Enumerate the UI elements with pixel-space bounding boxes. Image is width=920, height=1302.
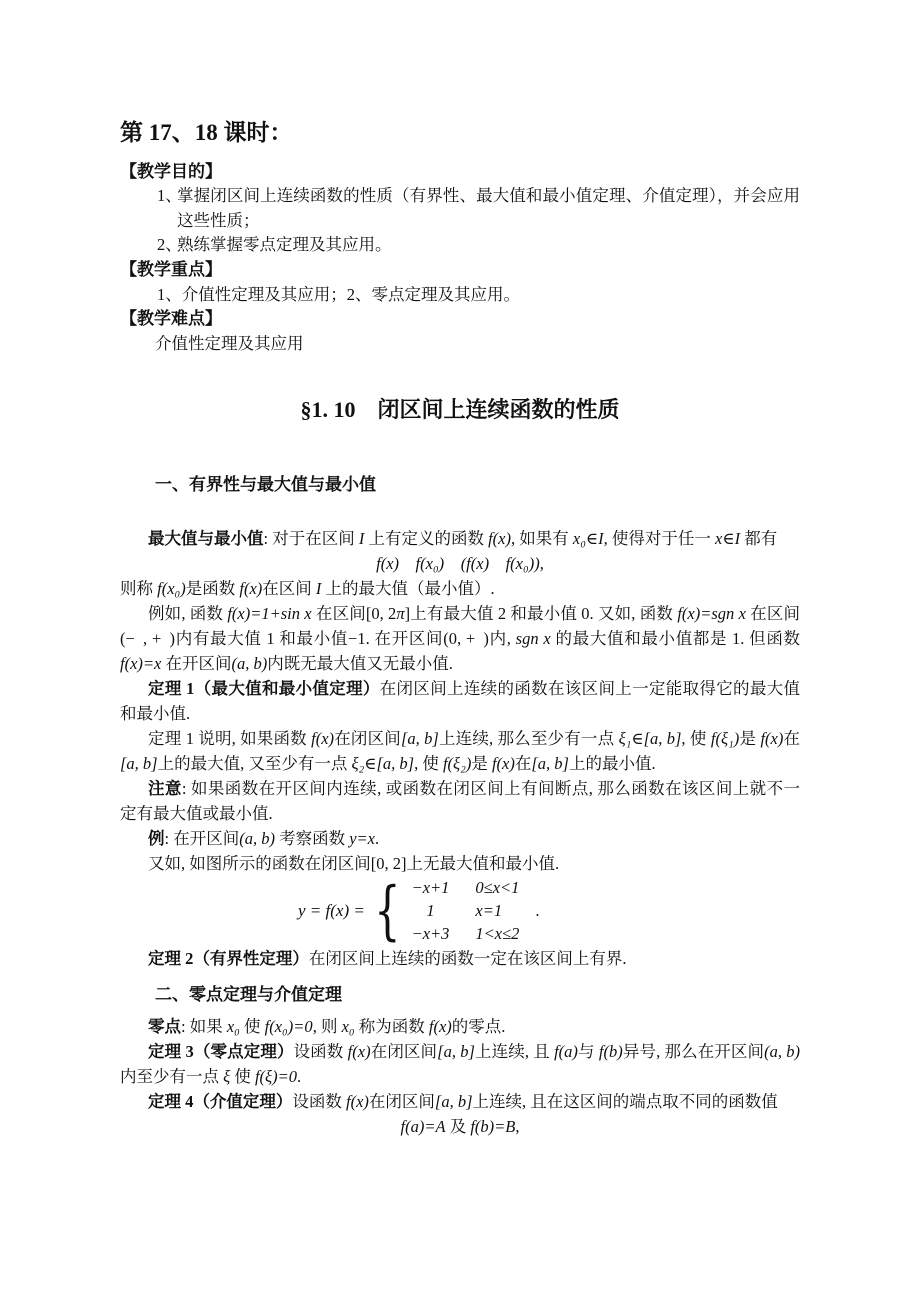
text-run: 上的最大值, 又至少有一点 xyxy=(158,754,352,773)
text-run: f(ξ)=0 xyxy=(255,1067,297,1086)
text-run: , 使得对于任一 xyxy=(604,529,715,548)
para-theorem-1-note: 定理 1 说明, 如果函数 f(x)在闭区间[a, b]上连续, 那么至少有一点… xyxy=(120,726,800,776)
goal-item-text: 熟练掌握零点定理及其应用。 xyxy=(177,235,392,254)
text-run: 是 xyxy=(739,729,760,748)
text-run: f(x₀)) xyxy=(506,554,540,573)
text-run: 例 xyxy=(148,829,165,848)
text-run: 上连续, 且 xyxy=(475,1042,554,1061)
text-run: x₀∈I xyxy=(573,529,604,548)
text-run: 上连续, 那么至少有一点 xyxy=(439,729,619,748)
para-theorem-1: 定理 1（最大值和最小值定理）在闭区间上连续的函数在该区间上一定能取得它的最大值… xyxy=(120,676,800,726)
text-run: [a, b] xyxy=(531,754,569,773)
formula-endpoints: f(a)=A 及 f(b)=B, xyxy=(120,1114,800,1139)
piecewise-cases: −x+1 0≤x<1 1 x=1 −x+3 1<x≤2 xyxy=(412,876,520,945)
text-run: : 在开区间 xyxy=(165,829,240,848)
text-run: . xyxy=(375,829,379,848)
text-run: 上的最小值. xyxy=(569,754,656,773)
text-run: f(x)=sgn x xyxy=(677,604,746,623)
text-run: x₀ xyxy=(227,1017,240,1036)
text-run: 又如, 如图所示的函数在闭区间[0, 2]上无最大值和最小值. xyxy=(148,854,559,873)
text-run: 在闭区间 xyxy=(334,729,401,748)
text-run: , 则 xyxy=(313,1017,342,1036)
case-expression: −x+3 xyxy=(412,922,450,945)
text-run: f(b) xyxy=(599,1042,623,1061)
teaching-difficulty-text: 介值性定理及其应用 xyxy=(120,331,800,356)
teaching-difficulty-label: 【教学难点】 xyxy=(120,307,800,331)
text-run: f(a)=A xyxy=(401,1117,446,1136)
text-run: f(x) xyxy=(492,754,515,773)
text-run: 与 xyxy=(578,1042,599,1061)
text-run: 在 xyxy=(515,754,532,773)
text-run: 在区间 xyxy=(262,579,316,598)
para-youru: 又如, 如图所示的函数在闭区间[0, 2]上无最大值和最小值. xyxy=(120,851,800,876)
para-zecheng: 则称 f(x₀)是函数 f(x)在区间 I 上的最大值（最小值）. xyxy=(120,576,800,601)
text-run: 是函数 xyxy=(186,579,240,598)
text-run: 内至少有一点 xyxy=(120,1067,223,1086)
case-condition: 1<x≤2 xyxy=(475,922,519,945)
list-number: 1、 xyxy=(157,184,182,209)
text-run: 在开区间 xyxy=(161,654,231,673)
text-run: ξ₂∈[a, b] xyxy=(351,754,414,773)
text-run: x₀ xyxy=(342,1017,355,1036)
text-run: 异号, 那么在开区间 xyxy=(623,1042,764,1061)
document-page: 第 17、18 课时： 【教学目的】 1、 掌握闭区间上连续函数的性质（有界性、… xyxy=(0,0,920,1302)
text-run xyxy=(399,554,416,573)
text-run: f(x)=1+sin x xyxy=(227,604,311,623)
goal-item-2: 2、 熟练掌握零点定理及其应用。 xyxy=(120,233,800,258)
text-run: sgn x xyxy=(516,629,551,648)
text-run: f(x) xyxy=(311,729,334,748)
text-run: f(x) xyxy=(239,579,262,598)
para-example-open-interval: 例: 在开区间(a, b) 考察函数 y=x. xyxy=(120,826,800,851)
text-run: f(ξ₁) xyxy=(711,729,739,748)
para-theorem-4: 定理 4（介值定理）设函数 f(x)在闭区间[a, b]上连续, 且在这区间的端… xyxy=(120,1089,800,1114)
text-run: : 如果函数在开区间内连续, 或函数在闭区间上有间断点, 那么函数在该区间上就不… xyxy=(120,779,800,823)
text-run: 例如, 函数 xyxy=(148,604,227,623)
text-run: (a, b) xyxy=(764,1042,800,1061)
case-condition: 0≤x<1 xyxy=(475,876,519,899)
goal-item-1: 1、 掌握闭区间上连续函数的性质（有界性、最大值和最小值定理、介值定理），并会应… xyxy=(120,184,800,233)
case-expression: 1 xyxy=(412,899,450,922)
piecewise-lhs: y = f(x) = xyxy=(298,901,365,921)
text-run: , 使 xyxy=(681,729,710,748)
text-run: 上连续, 且在这区间的端点取不同的函数值 xyxy=(473,1092,778,1111)
para-theorem-3: 定理 3（零点定理）设函数 f(x)在闭区间[a, b]上连续, 且 f(a)与… xyxy=(120,1039,800,1089)
text-run: x∈I xyxy=(715,529,740,548)
text-run: f(x₀) xyxy=(157,579,186,598)
text-run: , xyxy=(540,554,544,573)
text-run: f(x) xyxy=(429,1017,452,1036)
teaching-goals-label: 【教学目的】 xyxy=(120,160,800,184)
text-run: 都有 xyxy=(740,529,777,548)
text-run: 称为函数 xyxy=(355,1017,429,1036)
para-example-sgn: 例如, 函数 f(x)=1+sin x 在区间[0, 2π]上有最大值 2 和最… xyxy=(120,601,800,676)
part1-heading: 一、有界性与最大值与最小值 xyxy=(120,473,800,497)
text-run: (a, b) xyxy=(239,829,275,848)
teaching-focus-text: 1、介值性定理及其应用；2、零点定理及其应用。 xyxy=(120,282,800,307)
text-run: [a, b] xyxy=(437,1042,475,1061)
goal-item-text: 掌握闭区间上连续函数的性质（有界性、最大值和最小值定理、介值定理），并会应用这些… xyxy=(177,186,800,230)
text-run: 定理 1（最大值和最小值定理） xyxy=(148,679,380,698)
text-run: 是 xyxy=(471,754,492,773)
text-run: 在区间[0, 2 xyxy=(312,604,397,623)
teaching-focus-label: 【教学重点】 xyxy=(120,258,800,282)
text-run: f(x) xyxy=(760,729,783,748)
text-run: 内既无最大值又无最小值. xyxy=(267,654,453,673)
text-run: : 对于在区间 xyxy=(264,529,359,548)
text-run: f(b)=B xyxy=(470,1117,515,1136)
text-run: [a, b] xyxy=(435,1092,473,1111)
text-run: 注意 xyxy=(148,779,182,798)
para-note: 注意: 如果函数在开区间内连续, 或函数在闭区间上有间断点, 那么函数在该区间上… xyxy=(120,776,800,826)
text-run: y=x xyxy=(349,829,375,848)
text-run: (a, b) xyxy=(231,654,267,673)
piecewise-period: . xyxy=(535,901,539,921)
text-run: , 如果有 xyxy=(511,529,573,548)
text-run: 定理 4（介值定理） xyxy=(148,1092,292,1111)
text-run: 设函数 xyxy=(294,1042,348,1061)
text-run: 定理 1 说明, 如果函数 xyxy=(148,729,311,748)
piecewise-function: y = f(x) = { −x+1 0≤x<1 1 x=1 −x+3 1<x≤2… xyxy=(298,876,800,946)
text-run: 零点 xyxy=(148,1017,181,1036)
text-run: f(x) xyxy=(488,529,511,548)
text-run: : 如果 xyxy=(181,1017,227,1036)
text-run: , xyxy=(515,1117,519,1136)
text-run: f(x)=x xyxy=(120,654,161,673)
part2-heading: 二、零点定理与介值定理 xyxy=(120,983,800,1007)
text-run: 在闭区间 xyxy=(369,1092,435,1111)
para-theorem-2: 定理 2（有界性定理）在闭区间上连续的函数一定在该区间上有界. xyxy=(120,946,800,971)
page-title: 第 17、18 课时： xyxy=(120,118,800,148)
text-run: f(ξ₂) xyxy=(443,754,471,773)
text-run: 使 xyxy=(240,1017,265,1036)
para-maxmin-definition: 最大值与最小值: 对于在区间 I 上有定义的函数 f(x), 如果有 x₀∈I,… xyxy=(120,526,800,551)
text-run: 定理 3（零点定理） xyxy=(148,1042,294,1061)
para-zero-definition: 零点: 如果 x₀ 使 f(x₀)=0, 则 x₀ 称为函数 f(x)的零点. xyxy=(120,1014,800,1039)
text-run: f(x) xyxy=(348,1042,371,1061)
text-run: . xyxy=(297,1067,301,1086)
text-run xyxy=(489,554,506,573)
text-run: , 使 xyxy=(414,754,443,773)
text-run: (f(x) xyxy=(461,554,489,573)
list-number: 2、 xyxy=(157,233,182,258)
text-run: 在闭区间上连续的函数一定在该区间上有界. xyxy=(309,949,627,968)
text-run: f(a) xyxy=(554,1042,578,1061)
text-run: 上的最大值（最小值）. xyxy=(321,579,494,598)
text-run: [a, b] xyxy=(401,729,439,748)
text-run: 最大值与最小值 xyxy=(148,529,264,548)
text-run: f(x₀) xyxy=(416,554,445,573)
text-run: 使 xyxy=(230,1067,255,1086)
text-run: 上有定义的函数 xyxy=(364,529,488,548)
text-run: 在闭区间 xyxy=(371,1042,438,1061)
text-run: 定理 2（有界性定理） xyxy=(148,949,309,968)
text-run: ]上有最大值 2 和最小值 0. 又如, 函数 xyxy=(405,604,678,623)
text-run: f(x₀)=0 xyxy=(265,1017,313,1036)
text-run: 则称 xyxy=(120,579,157,598)
section-title: §1. 10 闭区间上连续函数的性质 xyxy=(120,394,800,426)
text-run: [a, b] xyxy=(120,754,158,773)
text-run: 的零点. xyxy=(452,1017,506,1036)
text-run: π xyxy=(396,604,404,623)
text-run: ξ₁∈[a, b] xyxy=(619,729,682,748)
text-run: 及 xyxy=(446,1117,471,1136)
case-expression: −x+1 xyxy=(412,876,450,899)
text-run: f(x) xyxy=(376,554,399,573)
text-run: 考察函数 xyxy=(275,829,349,848)
text-run: 的最大值和最小值都是 1. 但函数 xyxy=(551,629,800,648)
text-run: f(x) xyxy=(346,1092,369,1111)
case-condition: x=1 xyxy=(475,899,519,922)
text-run xyxy=(444,554,461,573)
text-run: 在 xyxy=(783,729,800,748)
left-brace-glyph: { xyxy=(374,876,400,946)
text-run: 设函数 xyxy=(292,1092,346,1111)
formula-maxmin: f(x) f(x₀) (f(x) f(x₀)), xyxy=(120,551,800,576)
